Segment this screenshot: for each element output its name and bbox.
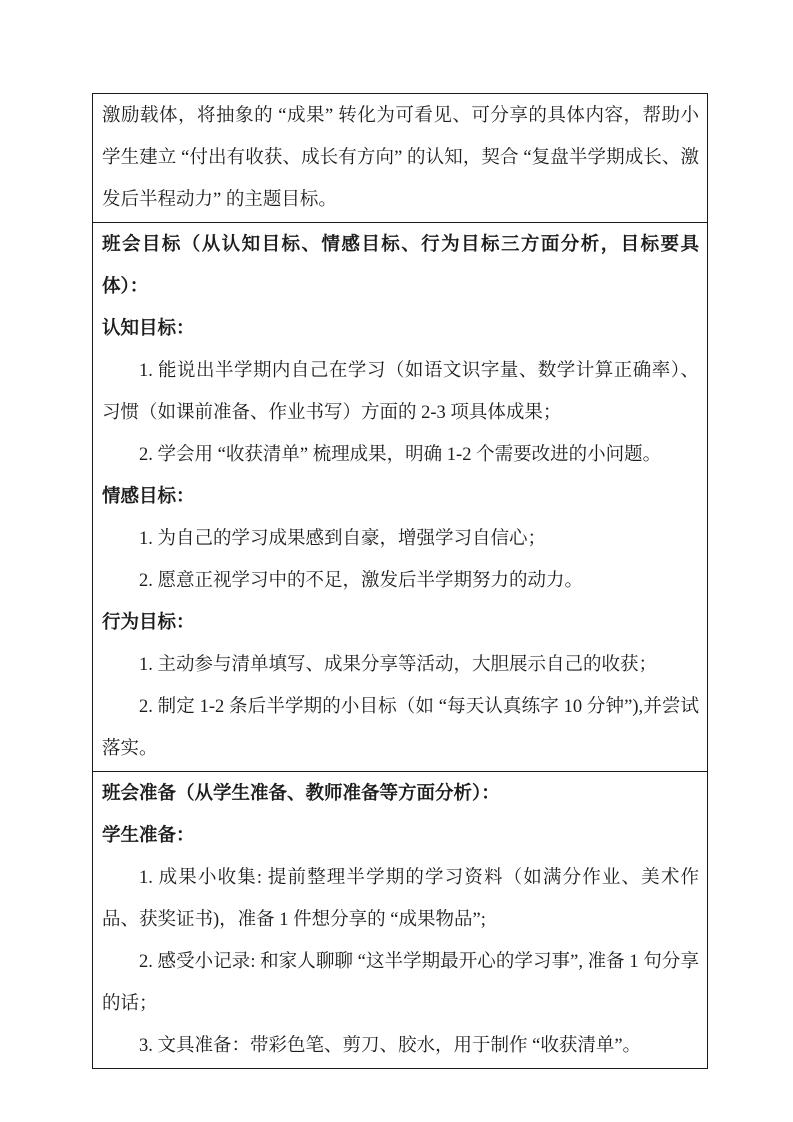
- row-meeting-preparation: 班会准备（从学生准备、教师准备等方面分析）：学生准备：1. 成果小收集: 提前整…: [93, 772, 708, 1069]
- paragraph: 2. 制定 1-2 条后半学期的小目标（如 “每天认真练字 10 分钟”),并尝…: [102, 686, 699, 770]
- paragraph: 3. 文具准备：带彩色笔、剪刀、胶水，用于制作 “收获清单”。: [102, 1025, 699, 1067]
- paragraph: 2. 学会用 “收获清单” 梳理成果，明确 1-2 个需要改进的小问题。: [102, 434, 699, 476]
- paragraph: 1. 为自己的学习成果感到自豪，增强学习自信心；: [102, 518, 699, 560]
- section-heading: 学生准备：: [102, 815, 699, 857]
- paragraph: 1. 主动参与清单填写、成果分享等活动，大胆展示自己的收获；: [102, 644, 699, 686]
- section-heading: 认知目标：: [102, 308, 699, 350]
- document-page: 激励载体，将抽象的 “成果” 转化为可看见、可分享的具体内容，帮助小学生建立 “…: [0, 0, 793, 1122]
- section-heading: 班会准备（从学生准备、教师准备等方面分析）：: [102, 773, 699, 815]
- section-heading: 班会目标（从认知目标、情感目标、行为目标三方面分析，目标要具体）：: [102, 224, 699, 308]
- row-theme-rationale-cell: 激励载体，将抽象的 “成果” 转化为可看见、可分享的具体内容，帮助小学生建立 “…: [93, 94, 708, 223]
- row-meeting-goals: 班会目标（从认知目标、情感目标、行为目标三方面分析，目标要具体）：认知目标：1.…: [93, 223, 708, 772]
- section-heading: 情感目标：: [102, 476, 699, 518]
- row-meeting-preparation-cell: 班会准备（从学生准备、教师准备等方面分析）：学生准备：1. 成果小收集: 提前整…: [93, 772, 708, 1069]
- paragraph: 1. 能说出半学期内自己在学习（如语文识字量、数学计算正确率）、习惯（如课前准备…: [102, 350, 699, 434]
- section-heading: 行为目标：: [102, 602, 699, 644]
- document-table: 激励载体，将抽象的 “成果” 转化为可看见、可分享的具体内容，帮助小学生建立 “…: [92, 93, 708, 1069]
- row-theme-rationale: 激励载体，将抽象的 “成果” 转化为可看见、可分享的具体内容，帮助小学生建立 “…: [93, 94, 708, 223]
- paragraph: 2. 感受小记录: 和家人聊聊 “这半学期最开心的学习事”, 准备 1 句分享的…: [102, 941, 699, 1025]
- table-body: 激励载体，将抽象的 “成果” 转化为可看见、可分享的具体内容，帮助小学生建立 “…: [93, 94, 708, 1069]
- paragraph: 激励载体，将抽象的 “成果” 转化为可看见、可分享的具体内容，帮助小学生建立 “…: [102, 95, 699, 221]
- paragraph: 2. 愿意正视学习中的不足，激发后半学期努力的动力。: [102, 560, 699, 602]
- row-meeting-goals-cell: 班会目标（从认知目标、情感目标、行为目标三方面分析，目标要具体）：认知目标：1.…: [93, 223, 708, 772]
- paragraph: 1. 成果小收集: 提前整理半学期的学习资料（如满分作业、美术作品、获奖证书)，…: [102, 857, 699, 941]
